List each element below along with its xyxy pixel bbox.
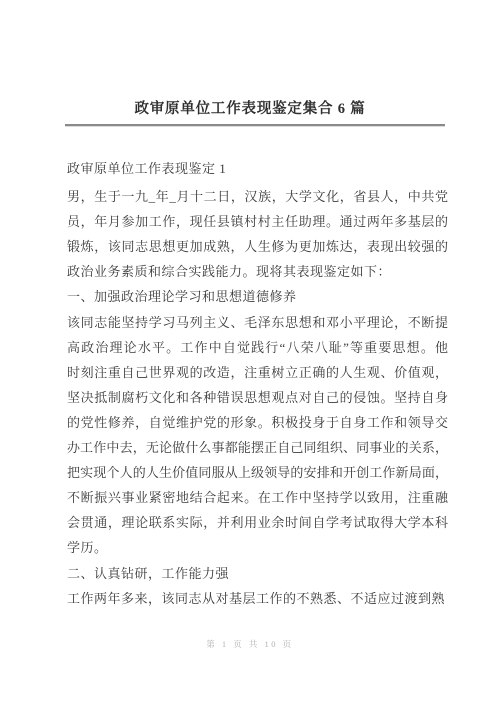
text-line: 该同志能坚持学习马列主义、毛泽东思想和邓小平理论，不断提: [67, 310, 448, 335]
text-line: 学历。: [67, 535, 448, 560]
text-line: 坚决抵制腐朽文化和各种错误思想观点对自己的侵蚀。坚持自身: [67, 385, 448, 410]
text-line: 二、认真钻研，工作能力强: [67, 561, 448, 586]
text-line: 时刻注重自己世界观的改造，注重树立正确的人生观、价值观，: [67, 360, 448, 385]
page-number-text: 第 1 页 共 10 页: [206, 639, 293, 649]
text-line: 会贯通，理论联系实际，并利用业余时间自学考试取得大学本科: [67, 510, 448, 535]
text-line: 的党性修养，自觉维护党的形象。积极投身于自身工作和领导交: [67, 410, 448, 435]
document-page: 政审原单位工作表现鉴定集合 6 篇 政审原单位工作表现鉴定 1男，生于一九_年_…: [0, 0, 500, 707]
text-line: 把实现个人的人生价值同服从上级领导的安排和开创工作新局面，: [67, 460, 448, 485]
text-line: 办工作中去，无论做什么事都能摆正自己同组织、同事业的关系，: [67, 435, 448, 460]
text-line: 工作两年多来，该同志从对基层工作的不熟悉、不适应过渡到熟: [67, 586, 448, 611]
text-line: 锻炼，该同志思想更加成熟，人生修为更加炼达，表现出较强的: [67, 234, 448, 259]
text-line: 员，年月参加工作，现任县镇村村主任助理。通过两年多基层的: [67, 209, 448, 234]
text-line: 高政治理论水平。工作中自觉践行“八荣八耻”等重要思想。他: [67, 335, 448, 360]
text-line: 不断振兴事业紧密地结合起来。在工作中坚持学以致用，注重融: [67, 485, 448, 510]
text-line: 政治业务素质和综合实践能力。现将其表现鉴定如下：: [67, 259, 448, 284]
page-footer: 第 1 页 共 10 页: [0, 638, 500, 650]
document-body: 政审原单位工作表现鉴定 1男，生于一九_年_月十二日，汉族，大学文化，省县人，中…: [67, 156, 448, 611]
text-line: 男，生于一九_年_月十二日，汉族，大学文化，省县人，中共党: [67, 184, 448, 209]
document-title: 政审原单位工作表现鉴定集合 6 篇: [0, 97, 500, 118]
title-divider: [65, 124, 445, 127]
text-line: 一、加强政治理论学习和思想道德修养: [67, 284, 448, 309]
text-line: 政审原单位工作表现鉴定 1: [67, 156, 448, 181]
